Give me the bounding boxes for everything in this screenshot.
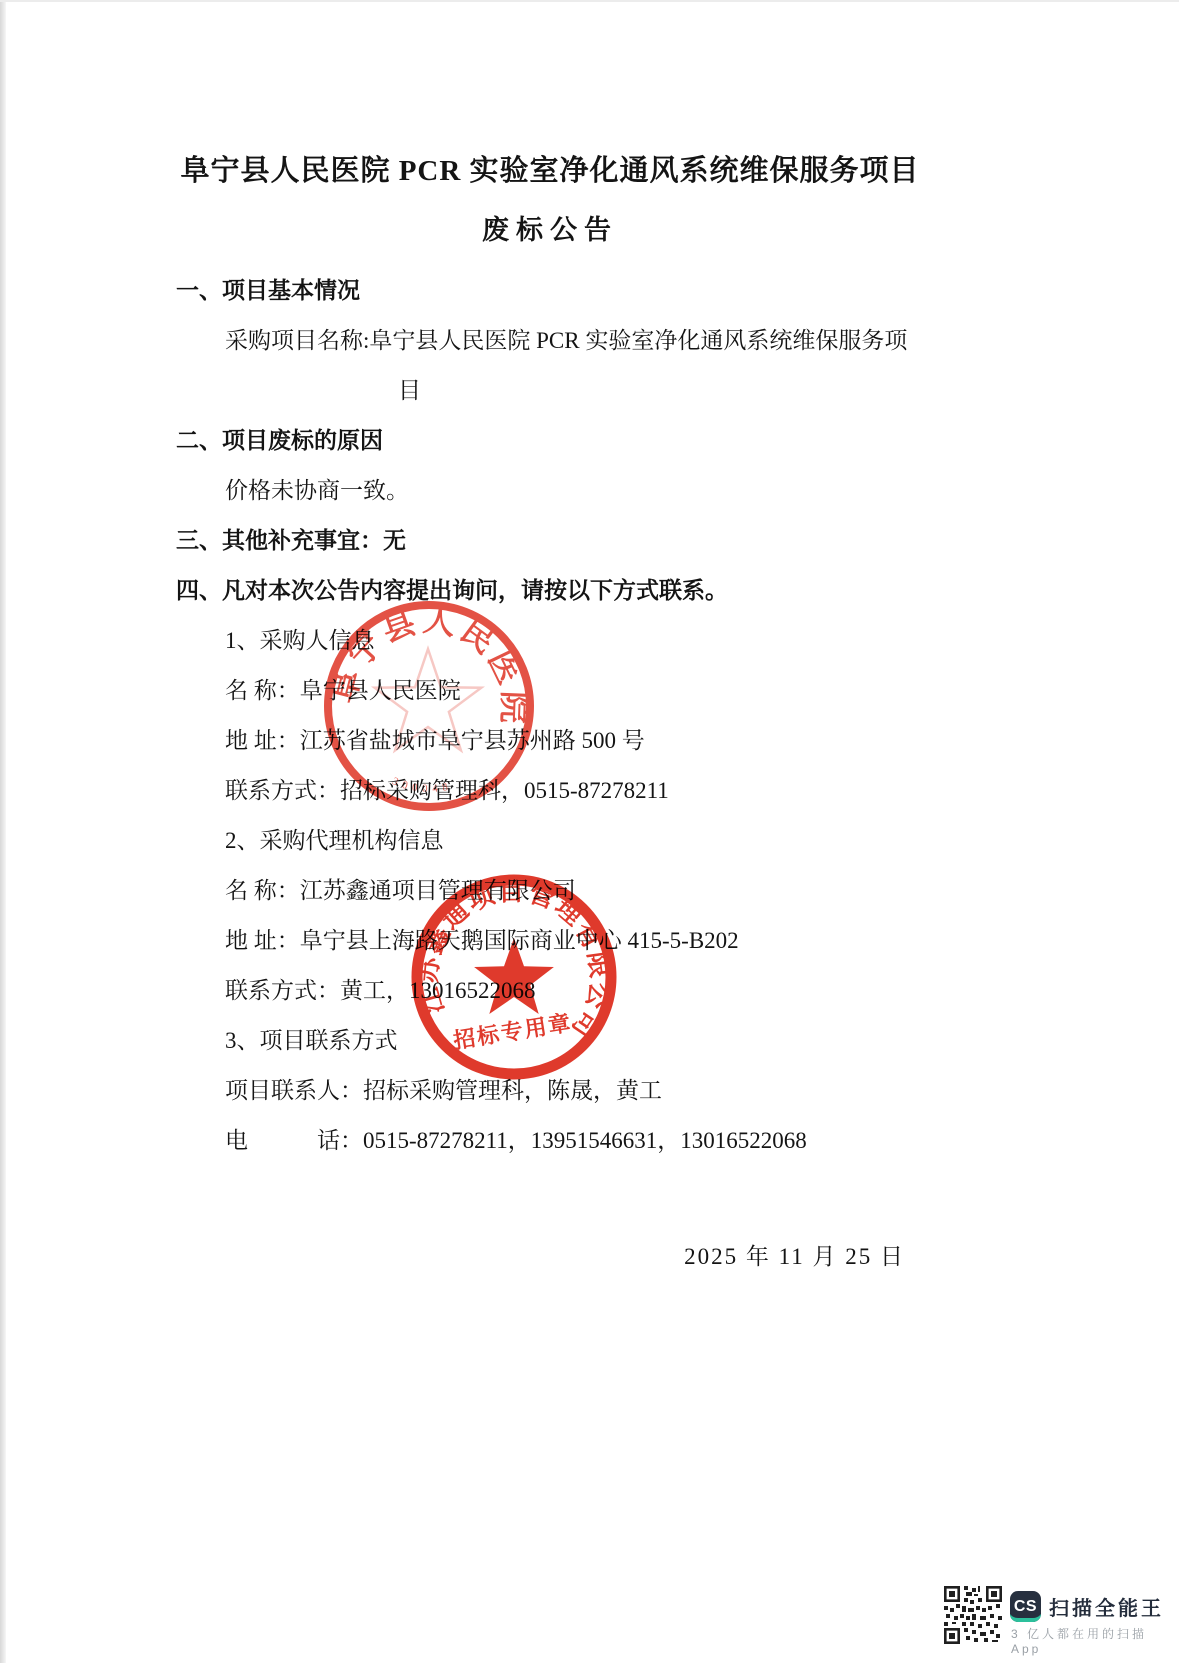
section-4-heading: 四、凡对本次公告内容提出询问，请按以下方式联系。 [0,566,1179,616]
section-1-heading: 一、项目基本情况 [0,266,1179,316]
agency-address-line: 地 址：阜宁县上海路天鹅国际商业中心 415-5-B202 [0,916,1179,966]
scan-app-name: 扫描全能王 [1049,1592,1164,1621]
buyer-info-subheading: 1、采购人信息 [0,616,1179,666]
project-name-line: 采购项目名称:阜宁县人民医院 PCR 实验室净化通风系统维保服务项 [0,316,1179,366]
agency-contact-line: 联系方式：黄工，13016522068 [0,966,1179,1016]
buyer-name-line: 名 称：阜宁县人民医院 [0,666,1179,716]
scanned-document-page: 阜宁县人民医院 PCR 实验室净化通风系统维保服务项目 废标公告 一、项目基本情… [0,0,1179,1663]
cancel-reason-line: 价格未协商一致。 [0,466,1179,516]
project-contact-subheading: 3、项目联系方式 [0,1016,1179,1066]
agency-info-subheading: 2、采购代理机构信息 [0,816,1179,866]
scan-app-tagline: 3 亿人都在用的扫描 App [1011,1625,1179,1656]
phone-numbers-line: 电 话：0515-87278211，13951546631，1301652206… [0,1116,1179,1166]
document-subtitle: 废标公告 [130,208,970,247]
project-contact-line: 项目联系人：招标采购管理科，陈晟，黄工 [0,1066,1179,1116]
document-body: 一、项目基本情况 采购项目名称:阜宁县人民医院 PCR 实验室净化通风系统维保服… [0,266,1179,1166]
document-date: 2025 年 11 月 25 日 [0,1238,905,1271]
agency-name-line: 名 称：江苏鑫通项目管理有限公司 [0,866,1179,916]
qr-code [944,1586,1002,1644]
section-3-heading: 三、其他补充事宜：无 [0,516,1179,566]
buyer-address-line: 地 址：江苏省盐城市阜宁县苏州路 500 号 [0,716,1179,766]
project-name-wrap: 目 [0,366,1179,416]
camscanner-logo-icon: CS [1010,1591,1041,1622]
document-title: 阜宁县人民医院 PCR 实验室净化通风系统维保服务项目 [130,150,970,192]
section-2-heading: 二、项目废标的原因 [0,416,1179,466]
document-header: 阜宁县人民医院 PCR 实验室净化通风系统维保服务项目 废标公告 [130,150,970,247]
buyer-contact-line: 联系方式：招标采购管理科，0515-87278211 [0,766,1179,816]
